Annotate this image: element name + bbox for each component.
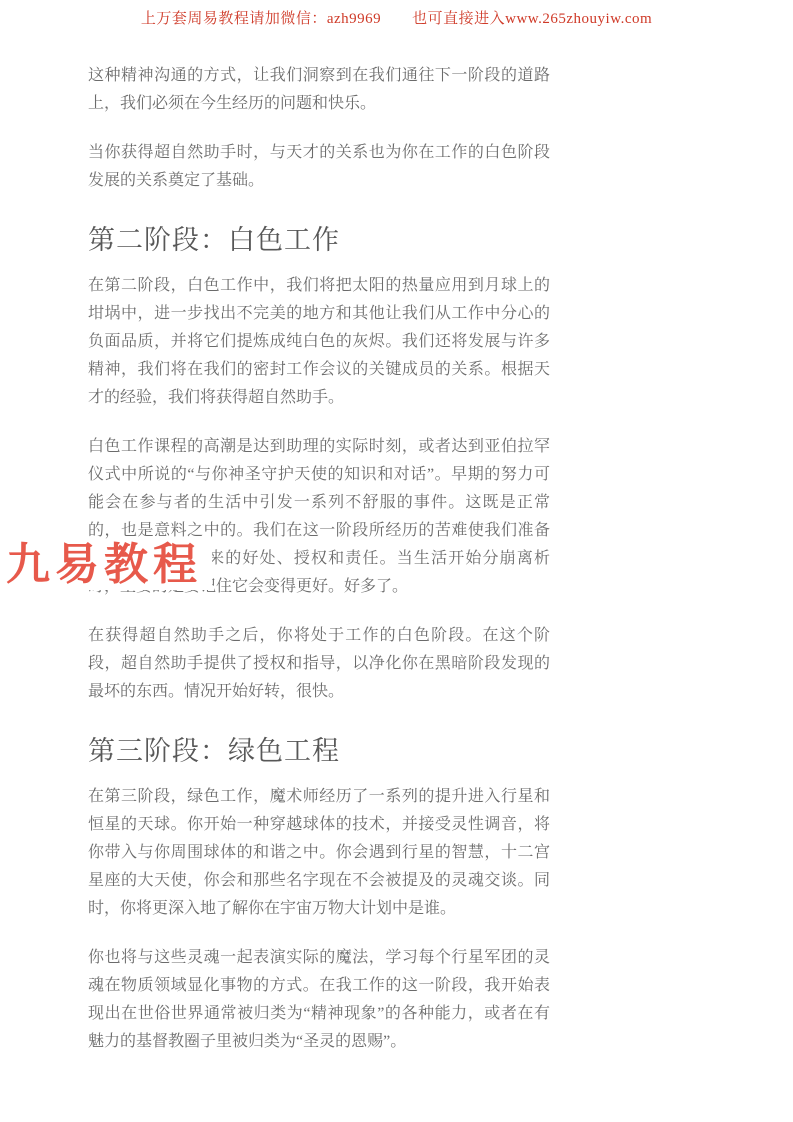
document-page: 上万套周易教程请加微信：azh9969 也可直接进入www.265zhouyiw… — [0, 0, 793, 1122]
paragraph-white-work-1: 在第二阶段，白色工作中，我们将把太阳的热量应用到月球上的坩埚中，进一步找出不完美… — [88, 272, 550, 412]
paragraph-intro-2: 当你获得超自然助手时，与天才的关系也为你在工作的白色阶段发展的关系奠定了基础。 — [88, 139, 550, 195]
paragraph-green-work-1: 在第三阶段，绿色工作，魔术师经历了一系列的提升进入行星和恒星的天球。你开始一种穿… — [88, 783, 550, 923]
watermark: 九易教程 — [3, 540, 212, 590]
paragraph-white-work-3: 在获得超自然助手之后，你将处于工作的白色阶段。在这个阶段，超自然助手提供了授权和… — [88, 622, 550, 706]
header-notice: 上万套周易教程请加微信：azh9969 也可直接进入www.265zhouyiw… — [0, 7, 793, 28]
paragraph-intro-1: 这种精神沟通的方式，让我们洞察到在我们通往下一阶段的道路上，我们必须在今生经历的… — [88, 62, 550, 118]
paragraph-green-work-2: 你也将与这些灵魂一起表演实际的魔法，学习每个行星军团的灵魂在物质领域显化事物的方… — [88, 944, 550, 1056]
section-heading-white-work: 第二阶段：白色工作 — [88, 222, 550, 258]
section-heading-green-work: 第三阶段：绿色工程 — [88, 733, 550, 769]
